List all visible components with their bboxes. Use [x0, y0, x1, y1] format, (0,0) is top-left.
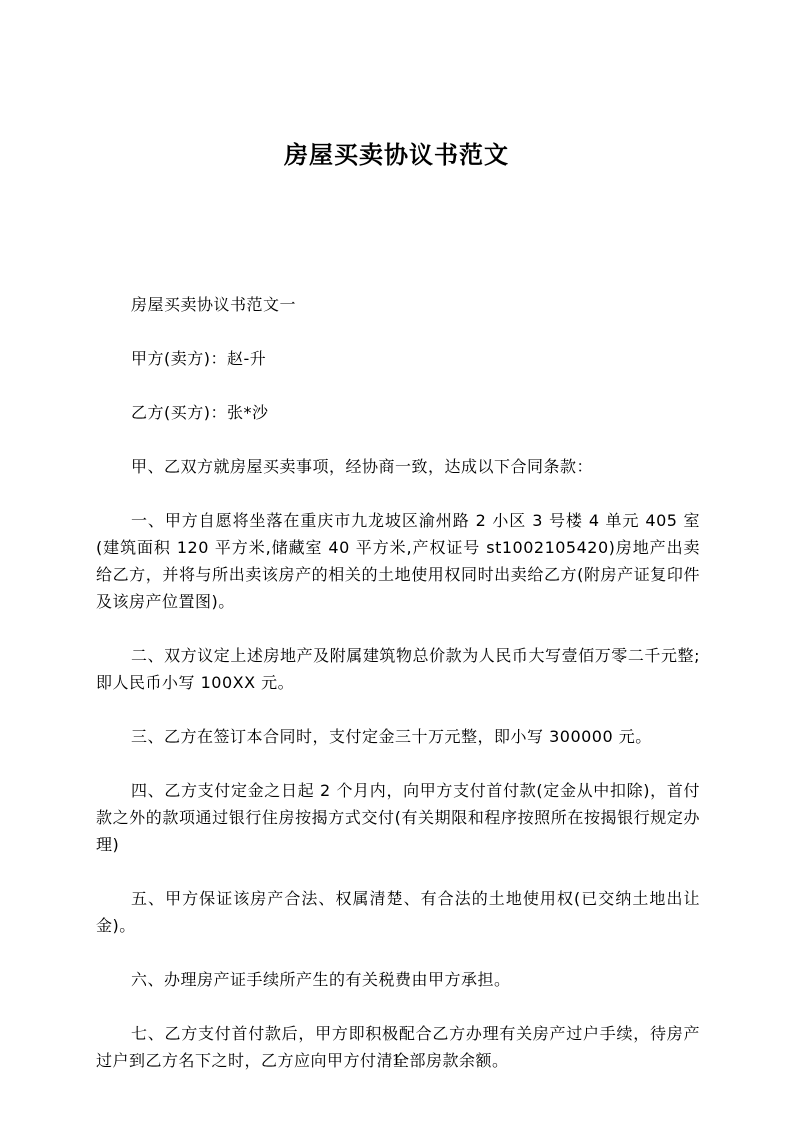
paragraph-clause-6: 六、办理房产证手续所产生的有关税费由甲方承担。 — [96, 966, 700, 993]
document-page: 房屋买卖协议书范文 房屋买卖协议书范文一 甲方(卖方)：赵-升 乙方(买方)：张… — [0, 0, 793, 1122]
document-title: 房屋买卖协议书范文 — [0, 0, 793, 169]
paragraph-clause-3: 三、乙方在签订本合同时，支付定金三十万元整，即小写 300000 元。 — [96, 723, 700, 750]
paragraph-clause-1: 一、甲方自愿将坐落在重庆市九龙坡区渝州路 2 小区 3 号楼 4 单元 405 … — [96, 507, 700, 615]
document-body: 房屋买卖协议书范文一 甲方(卖方)：赵-升 乙方(买方)：张*沙 甲、乙双方就房… — [0, 291, 793, 1074]
paragraph-clause-4: 四、乙方支付定金之日起 2 个月内，向甲方支付首付款(定金从中扣除)，首付款之外… — [96, 777, 700, 858]
paragraph-party-a: 甲方(卖方)：赵-升 — [96, 345, 700, 372]
paragraph-clause-5: 五、甲方保证该房产合法、权属清楚、有合法的土地使用权(已交纳土地出让金)。 — [96, 885, 700, 939]
page-number: 1 — [0, 1050, 793, 1070]
paragraph-preamble: 甲、乙双方就房屋买卖事项，经协商一致，达成以下合同条款： — [96, 453, 700, 480]
paragraph-party-b: 乙方(买方)：张*沙 — [96, 399, 700, 426]
paragraph-subtitle: 房屋买卖协议书范文一 — [96, 291, 700, 318]
paragraph-clause-2: 二、双方议定上述房地产及附属建筑物总价款为人民币大写壹佰万零二千元整;即人民币小… — [96, 642, 700, 696]
